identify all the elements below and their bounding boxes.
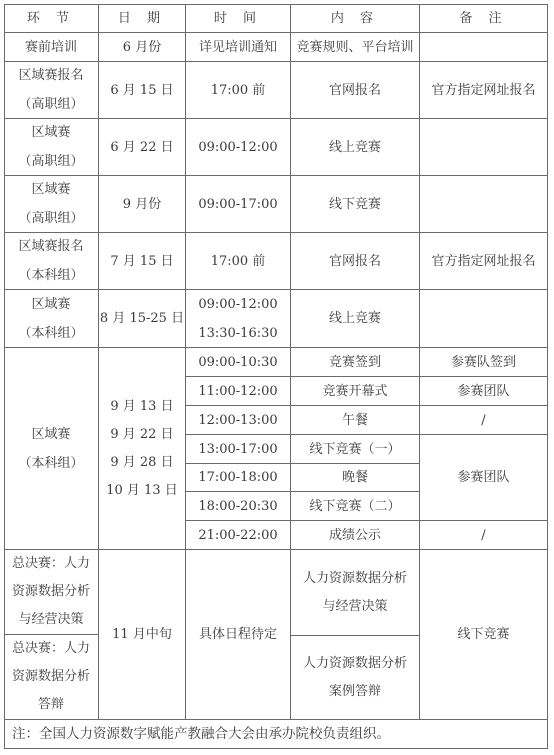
row6-content: 线上竞赛	[291, 290, 420, 348]
row5-remarks: 官方指定网址报名	[420, 233, 548, 290]
schedule-content-2: 竞赛开幕式	[291, 377, 420, 406]
finals-content-2: 人力资源数据分析 案例答辩	[291, 636, 420, 720]
row2-remarks: 官方指定网址报名	[420, 62, 548, 119]
row4-stage: 区域赛 （高职组）	[4, 176, 99, 233]
row4-time: 09:00-17:00	[186, 176, 291, 233]
row3-stage: 区域赛 （高职组）	[4, 119, 99, 176]
finals-stage-2: 总决赛：人力 资源数据分析 答辩	[4, 635, 99, 720]
header-remarks: 备 注	[420, 4, 548, 33]
row5-stage: 区域赛报名 （本科组）	[4, 233, 99, 290]
row6-date: 8 月 15-25 日	[99, 290, 186, 348]
row6-time: 09:00-12:00 13:30-16:30	[186, 290, 291, 348]
schedule-time-5: 17:00-18:00	[186, 464, 291, 492]
schedule-time-7: 21:00-22:00	[186, 521, 291, 550]
row4-remarks	[420, 176, 548, 233]
finals-content-1: 人力资源数据分析 与经营决策	[291, 550, 420, 636]
table-note: 注：全国人力资源数字赋能产教融合大会由承办院校负责组织。	[4, 720, 548, 749]
row3-time: 09:00-12:00	[186, 119, 291, 176]
row5-content: 官网报名	[291, 233, 420, 290]
row6-remarks	[420, 290, 548, 348]
row2-content: 官网报名	[291, 62, 420, 119]
row6-stage: 区域赛 （本科组）	[4, 290, 99, 348]
row4-date: 9 月份	[99, 176, 186, 233]
finals-remarks: 线下竞赛	[420, 550, 548, 720]
row1-time: 详见培训通知	[186, 33, 291, 62]
schedule-time-1: 09:00-10:30	[186, 348, 291, 377]
row2-time: 17:00 前	[186, 62, 291, 119]
row1-remarks	[420, 33, 548, 62]
row2-date: 6 月 15 日	[99, 62, 186, 119]
header-stage: 环 节	[4, 4, 99, 33]
schedule-content-7: 成绩公示	[291, 521, 420, 550]
row2-stage: 区域赛报名 （高职组）	[4, 62, 99, 119]
finals-time: 具体日程待定	[186, 550, 291, 720]
schedule-time-3: 12:00-13:00	[186, 406, 291, 435]
schedule-remarks-5: /	[420, 521, 548, 550]
row3-content: 线上竞赛	[291, 119, 420, 176]
row1-content: 竞赛规则、平台培训	[291, 33, 420, 62]
header-date: 日 期	[99, 4, 186, 33]
schedule-remarks-4: 参赛团队	[420, 435, 548, 521]
row5-time: 17:00 前	[186, 233, 291, 290]
row3-date: 6 月 22 日	[99, 119, 186, 176]
header-content: 内 容	[291, 4, 420, 33]
schedule-content-3: 午餐	[291, 406, 420, 435]
schedule-remarks-2: 参赛团队	[420, 377, 548, 406]
schedule-remarks-1: 参赛队签到	[420, 348, 548, 377]
schedule-time-6: 18:00-20:30	[186, 492, 291, 521]
schedule-table: 环 节 日 期 时 间 内 容 备 注 赛前培训 6 月份 详见培训通知 竞赛规…	[4, 4, 548, 749]
header-time: 时 间	[186, 4, 291, 33]
row1-date: 6 月份	[99, 33, 186, 62]
schedule-content-1: 竞赛签到	[291, 348, 420, 377]
offline-dates: 9 月 13 日 9 月 22 日 9 月 28 日 10 月 13 日	[99, 348, 186, 550]
row4-content: 线下竞赛	[291, 176, 420, 233]
row3-remarks	[420, 119, 548, 176]
schedule-time-2: 11:00-12:00	[186, 377, 291, 406]
schedule-time-4: 13:00-17:00	[186, 435, 291, 464]
row1-stage: 赛前培训	[4, 33, 99, 62]
finals-date: 11 月中旬	[99, 550, 186, 720]
schedule-content-4: 线下竞赛（一）	[291, 435, 420, 464]
schedule-remarks-3: /	[420, 406, 548, 435]
finals-stage-1: 总决赛：人力 资源数据分析 与经营决策	[4, 550, 99, 635]
schedule-content-6: 线下竞赛（二）	[291, 492, 420, 521]
schedule-content-5: 晚餐	[291, 464, 420, 492]
row5-date: 7 月 15 日	[99, 233, 186, 290]
offline-stage: 区域赛 （本科组）	[4, 348, 99, 550]
